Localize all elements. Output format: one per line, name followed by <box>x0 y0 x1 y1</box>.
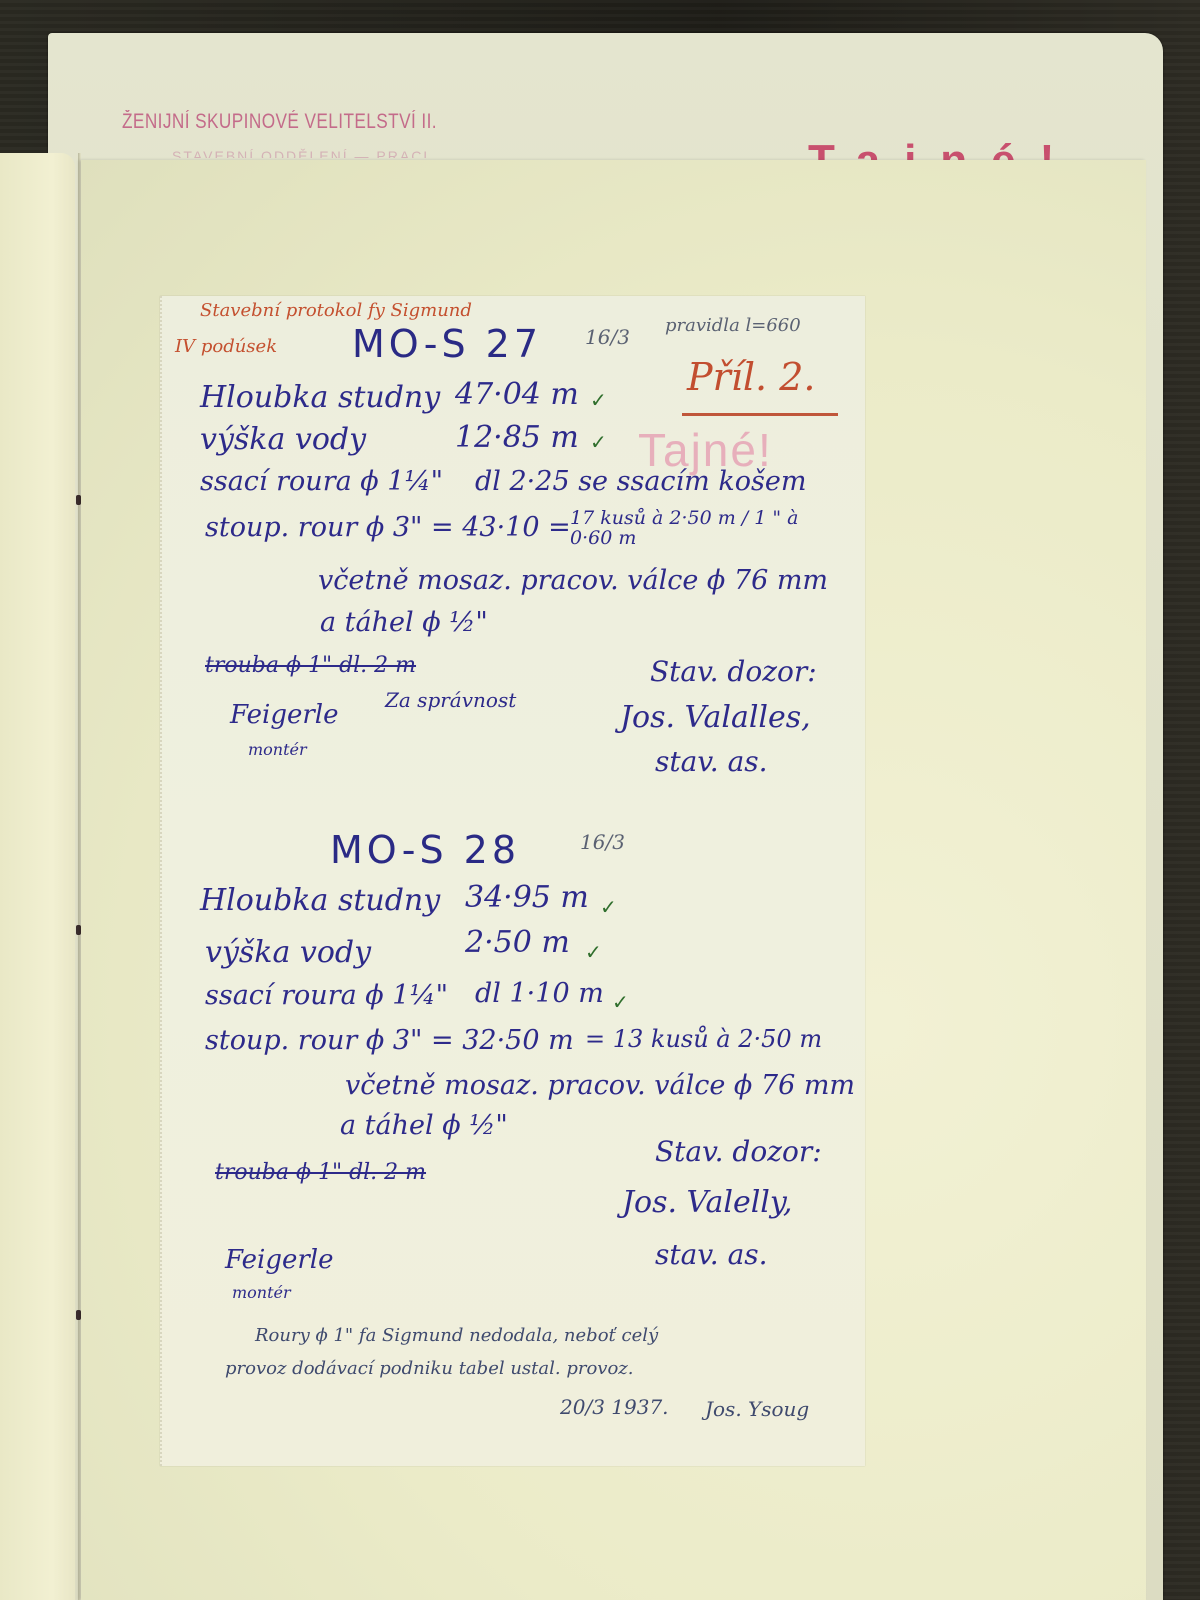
pencil-date-1: 16/3 <box>585 325 630 349</box>
pencil-date-2: 16/3 <box>580 830 625 854</box>
check-mark-icon: ✓ <box>590 388 607 412</box>
check-mark-icon: ✓ <box>612 990 629 1014</box>
footnote-line-2: provoz dodávací podniku tabel ustal. pro… <box>225 1358 634 1379</box>
check-mark-icon: ✓ <box>590 430 607 454</box>
w1-supervision-1: Stav. dozor: <box>650 655 817 688</box>
w1-suction-value: dl 2·25 se ssacím košem <box>475 466 806 497</box>
footnote-date: 20/3 1937. <box>560 1395 669 1419</box>
w2-suction-label: ssací roura ϕ 1¼" <box>205 980 448 1011</box>
w2-riser-value: = 13 kusů à 2·50 m <box>585 1025 822 1053</box>
w1-depth-value: 47·04 m <box>455 377 579 412</box>
w2-riser-label: stoup. rour ϕ 3" = 32·50 m <box>205 1025 574 1056</box>
w2-supervision-1: Stav. dozor: <box>655 1135 822 1168</box>
footnote-line-1: Roury ϕ 1" fa Sigmund nedodala, neboť ce… <box>255 1325 658 1346</box>
w2-rod: a táhel ϕ ½" <box>340 1110 508 1141</box>
w1-including: včetně mosaz. pracov. válce ϕ 76 mm <box>318 565 828 596</box>
w1-water-label: výška vody <box>200 422 366 457</box>
w1-supervision-3: stav. as. <box>655 745 768 778</box>
w2-supervision-3: stav. as. <box>655 1238 768 1271</box>
well-id-2: MO-S 28 <box>330 828 520 872</box>
w1-depth-label: Hloubka studny <box>200 380 440 415</box>
w1-correctness: Za správnost <box>385 688 516 712</box>
w2-water-label: výška vody <box>205 935 371 970</box>
w2-including: včetně mosaz. pracov. válce ϕ 76 mm <box>345 1070 855 1101</box>
w2-depth-value: 34·95 m <box>465 880 589 915</box>
footnote-signature: Jos. Ysoug <box>705 1397 809 1421</box>
w1-signature-role: montér <box>248 740 307 759</box>
annex-label: Příl. 2. <box>687 355 815 399</box>
w1-supervision-2: Jos. Valalles, <box>620 700 811 735</box>
w1-riser-label: stoup. rour ϕ 3" = 43·10 = <box>205 512 571 543</box>
letterhead: ŽENIJNÍ SKUPINOVÉ VELITELSTVÍ II. <box>122 110 437 134</box>
w1-struck-line: trouba ϕ 1" dl. 2 m <box>205 653 416 678</box>
w1-signature-left: Feigerle <box>230 700 338 730</box>
check-mark-icon: ✓ <box>600 895 617 919</box>
w2-signature-left: Feigerle <box>225 1245 333 1275</box>
w1-rod: a táhel ϕ ½" <box>320 607 488 638</box>
w2-suction-value: dl 1·10 m <box>475 978 604 1009</box>
folder-left-flap <box>0 153 75 1600</box>
w1-riser-value: 17 kusů à 2·50 m / 1 " à 0·60 m <box>570 508 820 548</box>
annex-underline <box>682 413 838 416</box>
w2-depth-label: Hloubka studny <box>200 883 440 918</box>
w2-water-value: 2·50 m <box>465 925 570 960</box>
margin-note-line-1: Stavební protokol fy Sigmund <box>200 300 472 321</box>
letterhead-subline: STAVEBNÍ ODDĚLENÍ — PRACI <box>172 148 429 158</box>
w2-signature-role: montér <box>232 1283 291 1302</box>
margin-note-line-2: IV podúsek <box>175 336 277 357</box>
well-id-1: MO-S 27 <box>352 322 542 366</box>
check-mark-icon: ✓ <box>585 940 602 964</box>
stamp-partial: Tajné! <box>808 136 1078 160</box>
w2-struck-line: trouba ϕ 1" dl. 2 m <box>215 1160 426 1185</box>
w1-suction-label: ssací roura ϕ 1¼" <box>200 466 443 497</box>
pencil-note-top-right: pravidla l=660 <box>665 315 801 336</box>
w2-supervision-2: Jos. Valelly, <box>622 1185 792 1220</box>
w1-water-value: 12·85 m <box>455 420 579 455</box>
